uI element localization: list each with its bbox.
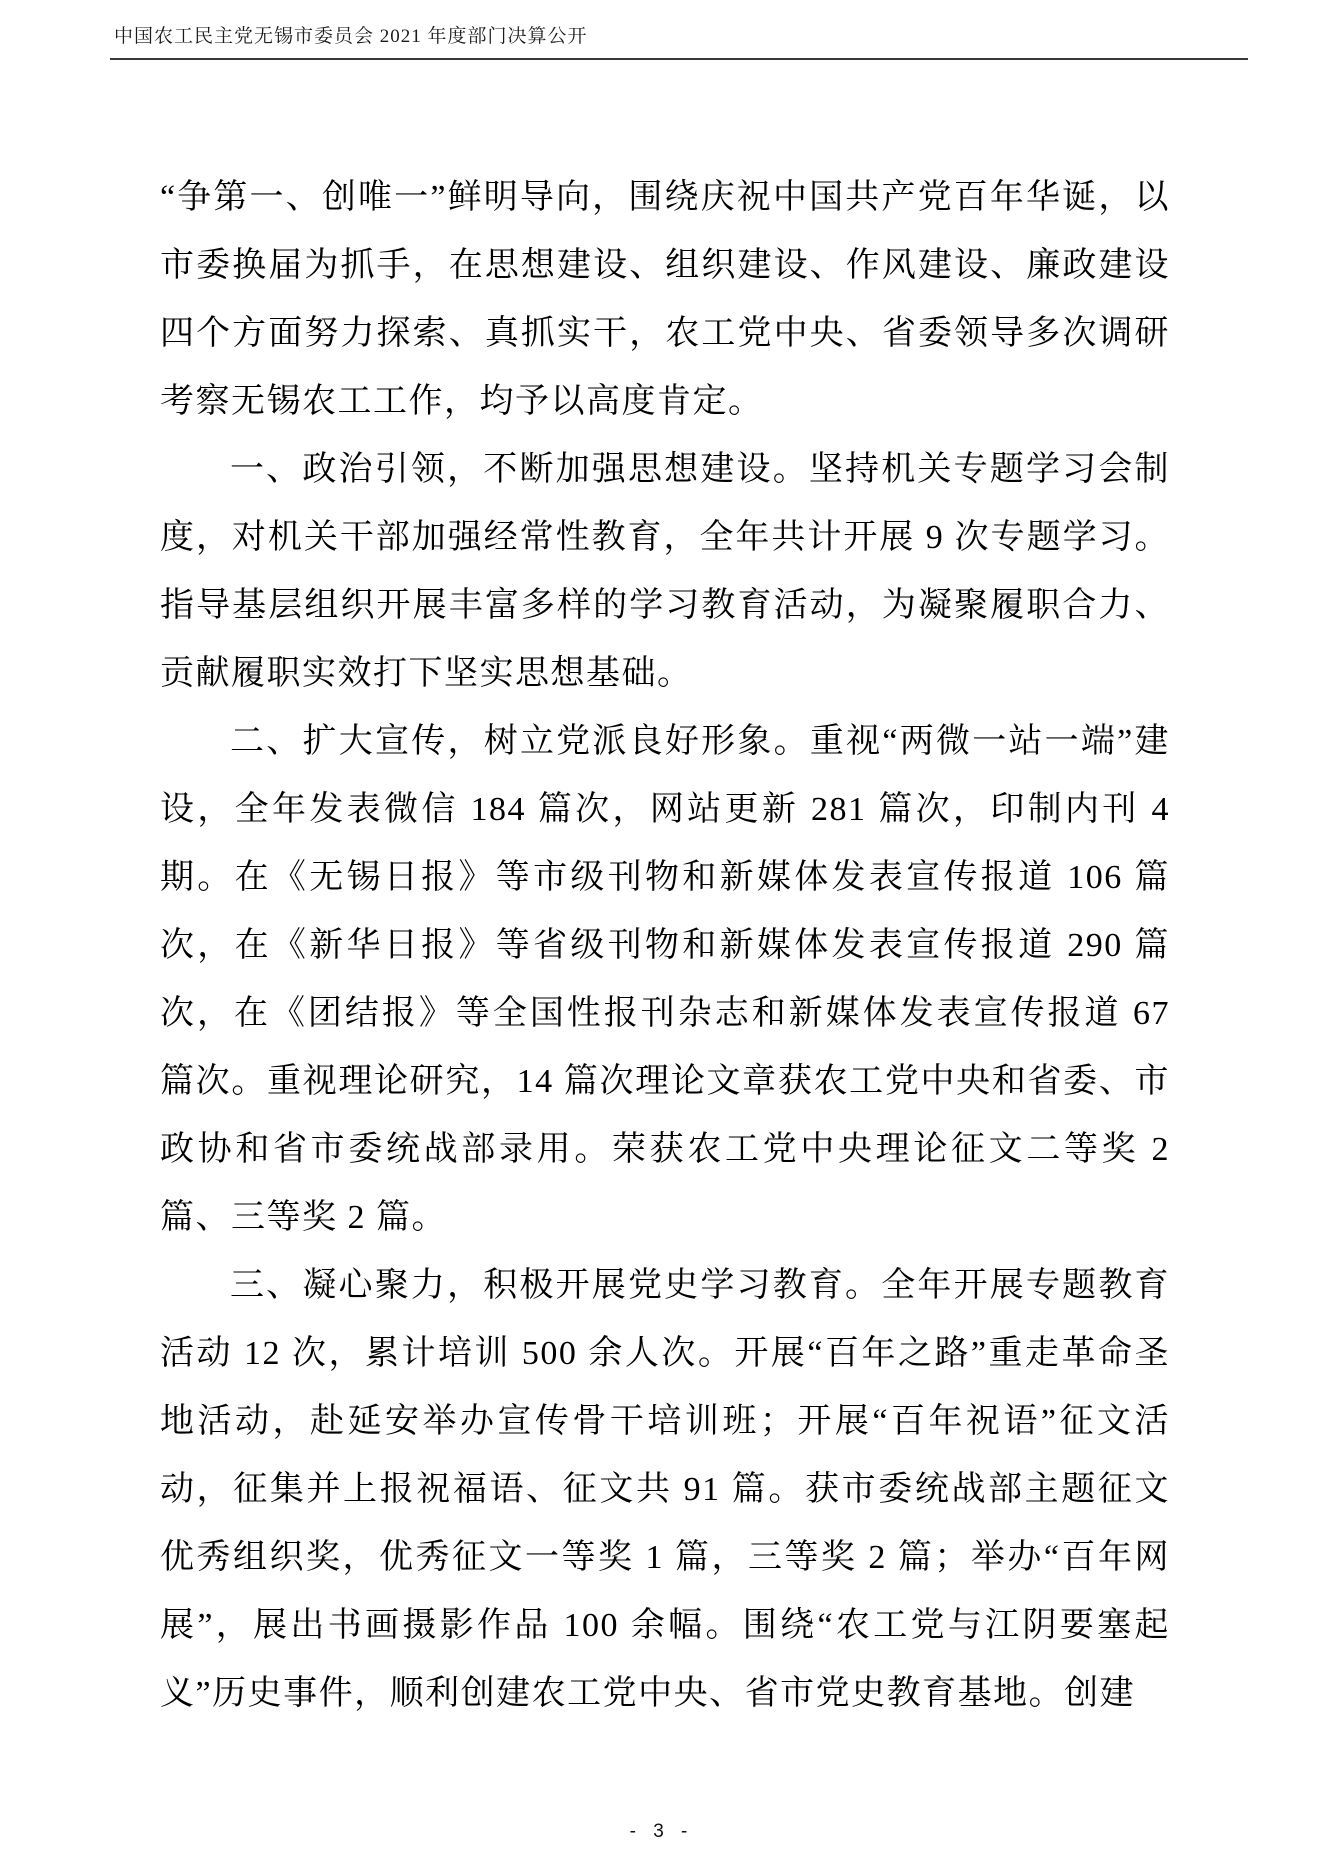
page-header: 中国农工民主党无锡市委员会 2021 年度部门决算公开	[110, 24, 1248, 68]
document-header-title: 中国农工民主党无锡市委员会 2021 年度部门决算公开	[110, 24, 1248, 50]
paragraph-section-3: 三、凝心聚力，积极开展党史学习教育。全年开展专题教育活动 12 次，累计培训 5…	[160, 1252, 1170, 1728]
paragraph-continuation: “争第一、创唯一”鲜明导向，围绕庆祝中国共产党百年华诞，以市委换届为抓手，在思想…	[160, 164, 1170, 436]
header-rule	[110, 58, 1248, 60]
page-footer: - 3 -	[0, 1821, 1323, 1843]
document-body: “争第一、创唯一”鲜明导向，围绕庆祝中国共产党百年华诞，以市委换届为抓手，在思想…	[160, 164, 1170, 1728]
paragraph-section-2: 二、扩大宣传，树立党派良好形象。重视“两微一站一端”建设，全年发表微信 184 …	[160, 708, 1170, 1252]
paragraph-section-1: 一、政治引领，不断加强思想建设。坚持机关专题学习会制度，对机关干部加强经常性教育…	[160, 436, 1170, 708]
page-number: - 3 -	[630, 1821, 694, 1842]
